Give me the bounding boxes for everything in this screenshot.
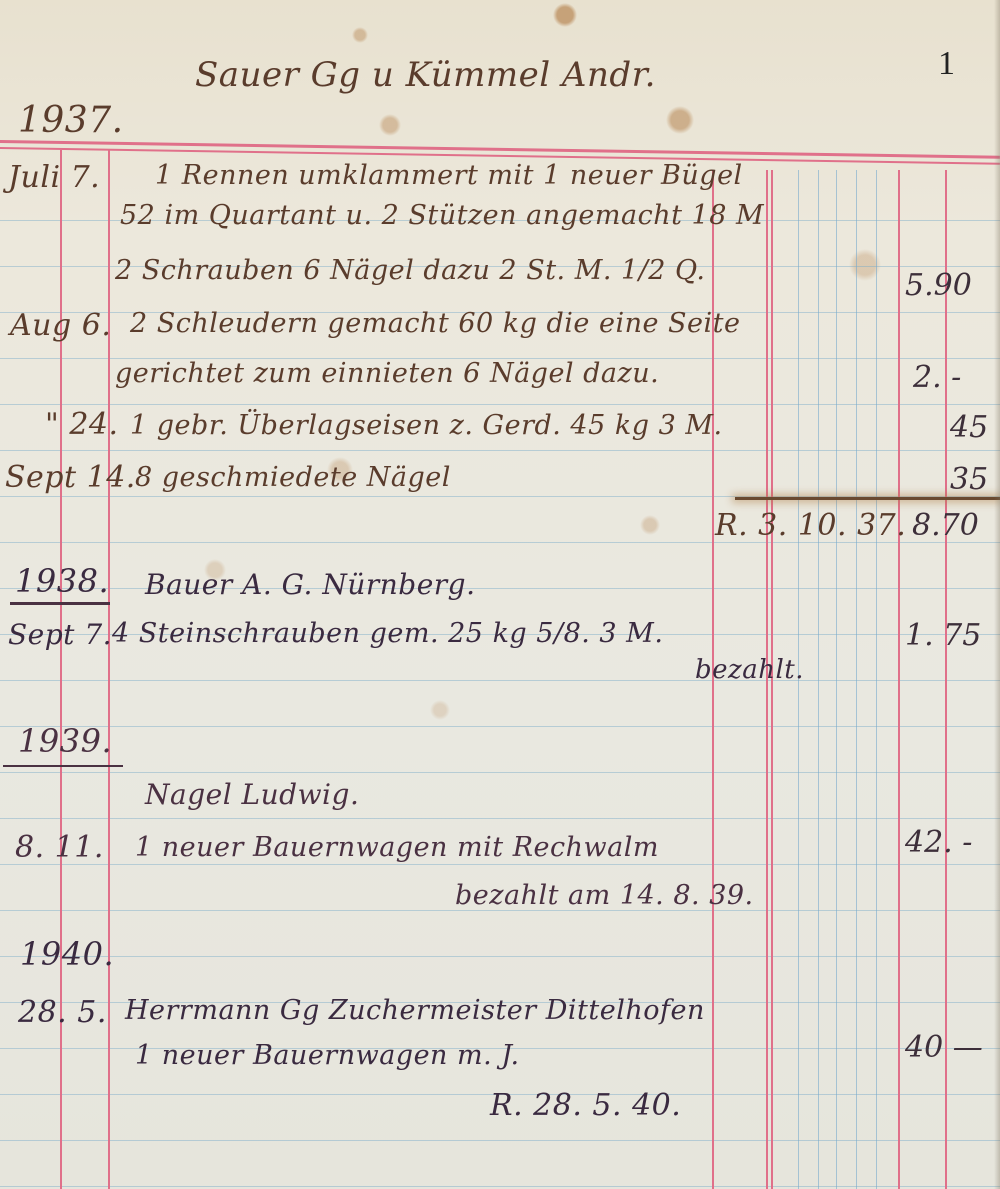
blue-rule [836,170,837,1189]
entry-date: Juli 7. [8,160,100,195]
ledger-page: Sauer Gg u Kümmel Andr. 1 1937. Juli 7. … [0,0,1000,1189]
year-underline [10,602,110,605]
entry-line: 1 neuer Bauernwagen m. J. [135,1040,520,1071]
entry-amount: 45 [950,410,988,445]
blue-rule [818,170,819,1189]
blue-rule [856,170,857,1189]
total-rule [735,497,1000,500]
entry-date: Sept 14. [5,460,136,495]
entry-date: 8. 11. [15,830,104,865]
entry-note: bezahlt am 14. 8. 39. [455,880,754,911]
entry-line: gerichtet zum einnieten 6 Nägel dazu. [115,358,659,389]
total-amount: 8.70 [912,508,979,543]
entry-amount: 5.90 [905,268,972,303]
entry-amount: 2. - [913,360,961,395]
customer-name: Bauer A. G. Nürnberg. [145,568,476,601]
entry-line: 1 Rennen umklammert mit 1 neuer Bügel [155,160,743,191]
entry-amount: 1. 75 [905,618,981,653]
entry-line: 4 Steinschrauben gem. 25 kg 5/8. 3 M. [112,618,663,649]
entry-line: 2 Schleudern gemacht 60 kg die eine Seit… [130,308,740,339]
entry-amount: 42. - [905,825,972,860]
year-1937: 1937. [18,100,124,141]
year-1940: 1940. [20,935,114,973]
date-column-rule [60,150,62,1189]
year-1938: 1938. [15,562,109,600]
customer-name: Nagel Ludwig. [145,778,359,811]
total-note: R. 3. 10. 37. [715,508,906,543]
entry-line: 1 gebr. Überlagseisen z. Gerd. 45 kg 3 M… [130,410,723,441]
entry-line: 52 im Quartant u. 2 Stützen angemacht 18… [120,200,764,231]
entry-date: " 24. [45,407,119,442]
year-1939: 1939. [18,722,112,760]
entry-date: Sept 7. [8,618,112,651]
entry-note: bezahlt. [695,655,804,685]
page-header: Sauer Gg u Kümmel Andr. [195,55,656,95]
entry-line: Herrmann Gg Zuchermeister Dittelhofen [125,995,705,1026]
entry-date: Aug 6. [10,308,111,343]
blue-rule [876,170,877,1189]
year-underline [3,765,123,767]
entry-amount: 35 [950,462,988,497]
entry-date: 28. 5. [18,995,107,1030]
entry-note: R. 28. 5. 40. [490,1088,681,1123]
page-number: 1 [938,45,955,83]
entry-line: 1 neuer Bauernwagen mit Rechwalm [135,832,659,863]
amount-rule-3 [898,170,900,1189]
margin-rule [108,150,110,1189]
entry-line: 2 Schrauben 6 Nägel dazu 2 St. M. 1/2 Q. [115,255,705,286]
entry-amount: 40 — [905,1030,983,1065]
entry-line: 8 geschmiedete Nägel [135,462,451,493]
